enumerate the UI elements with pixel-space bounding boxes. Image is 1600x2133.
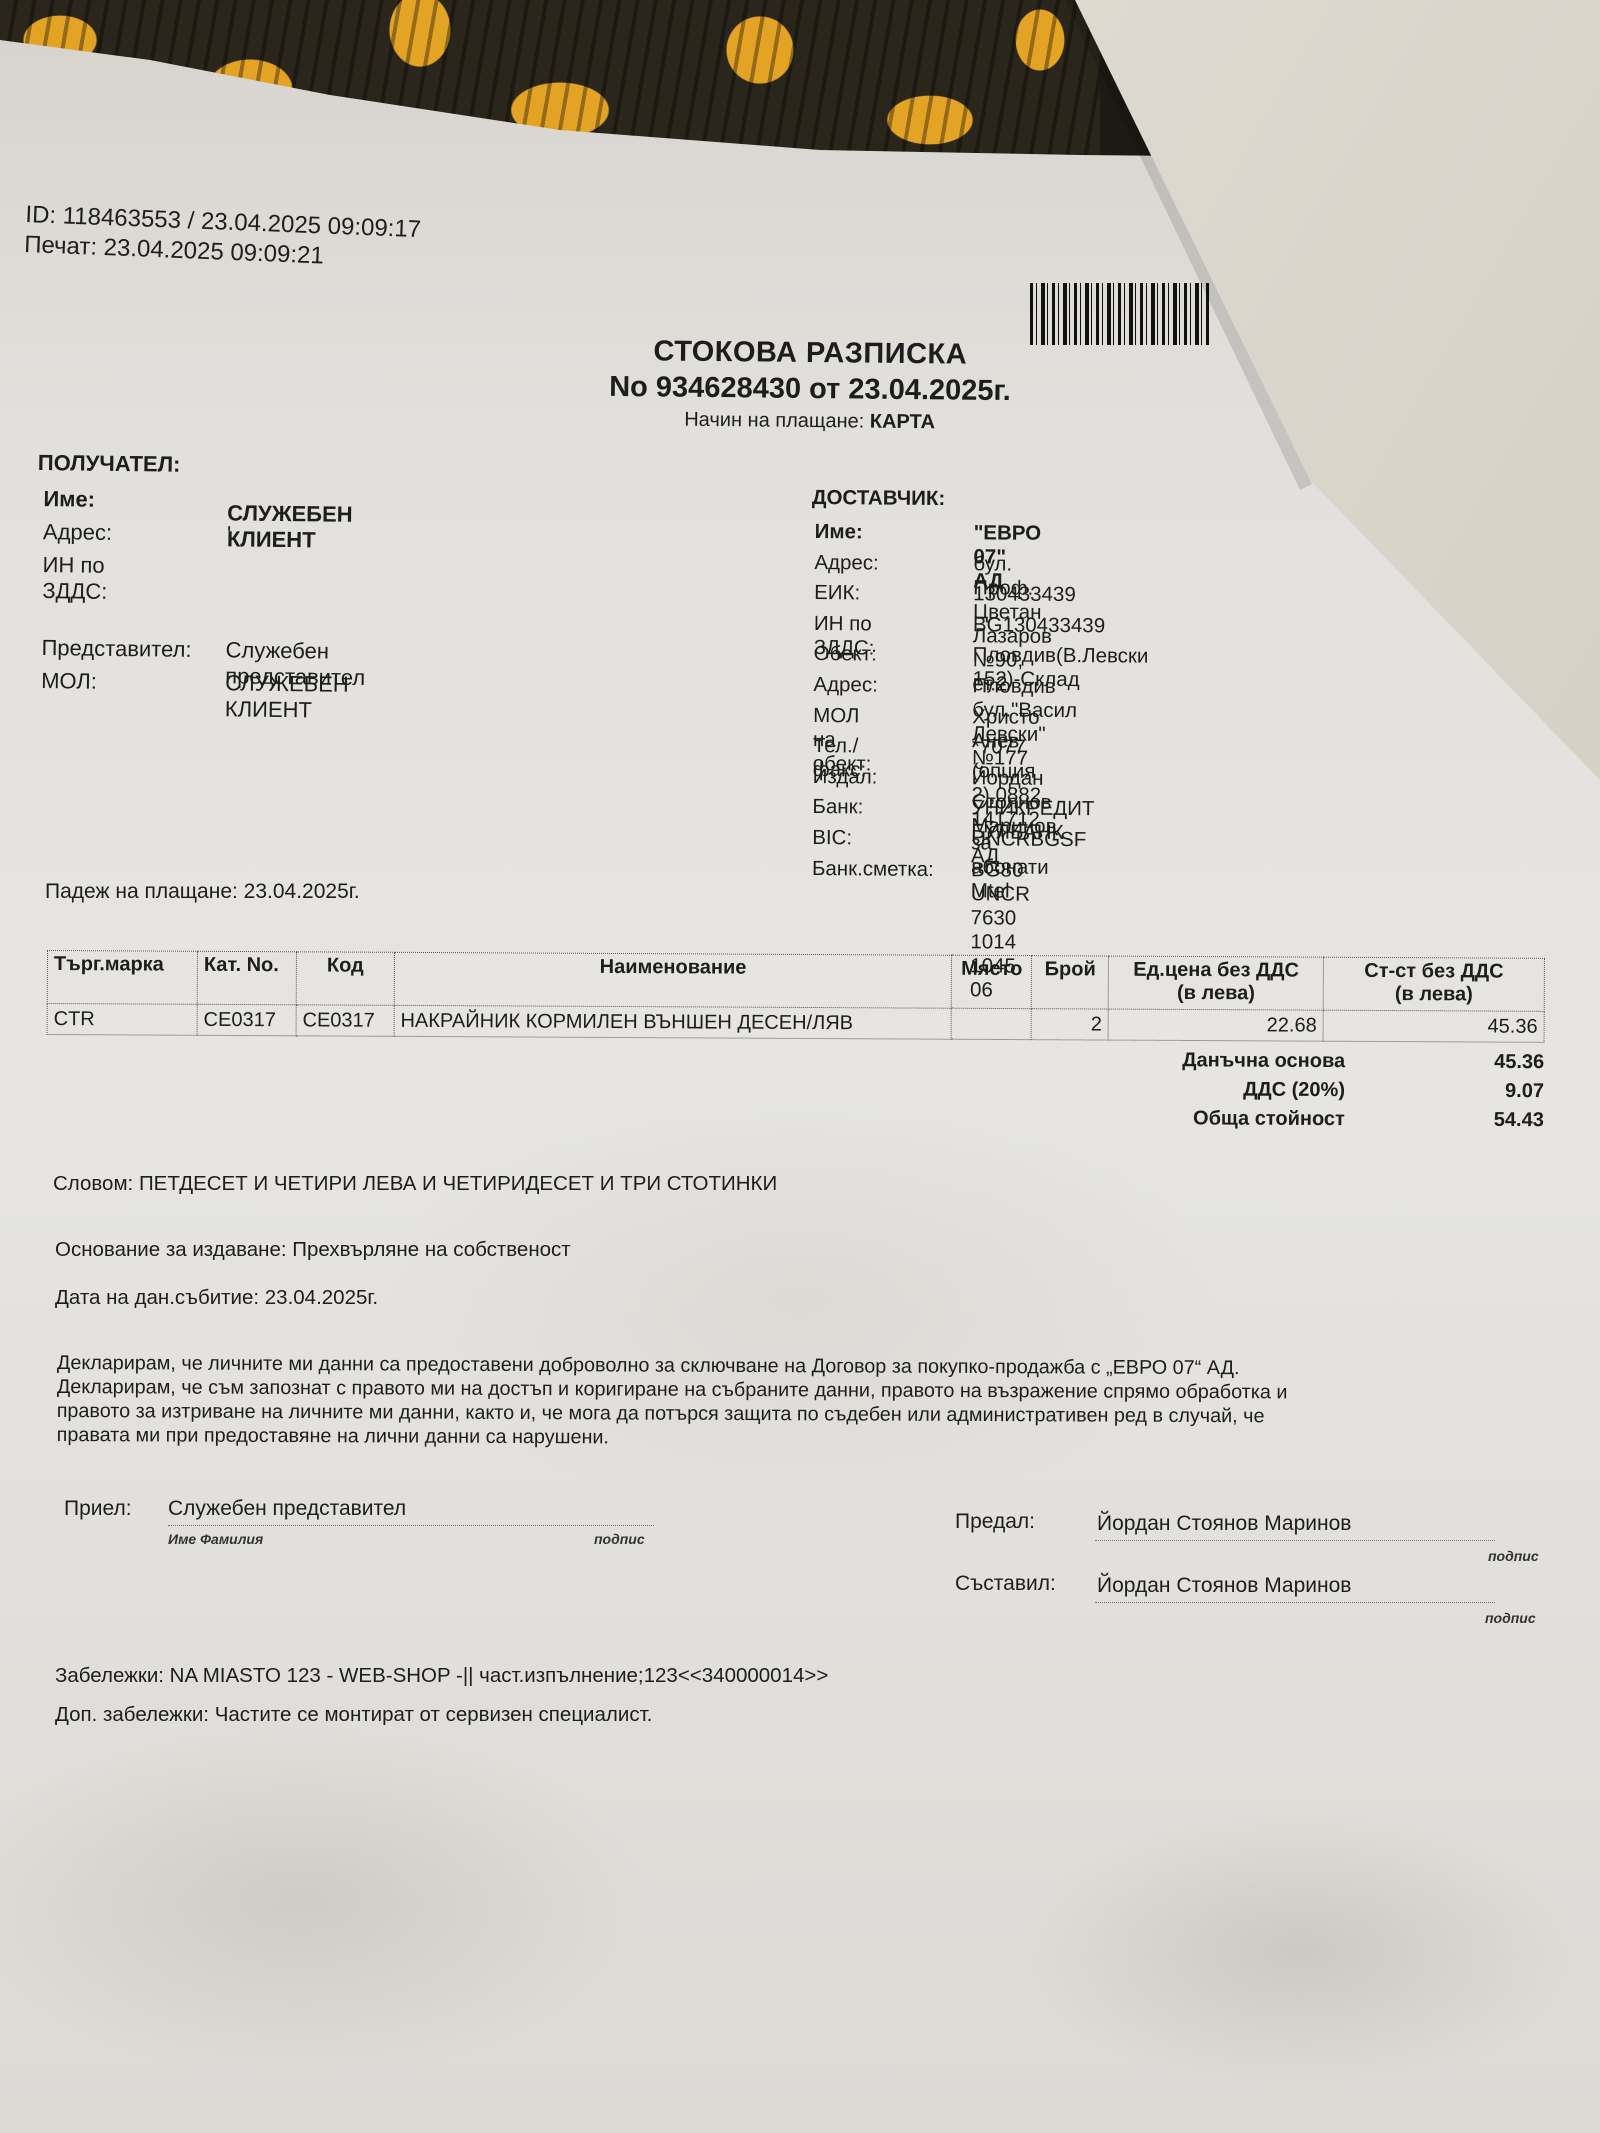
total-row: ДДС (20%)9.07 [1080,1078,1550,1109]
total-value: 45.36 [1494,1051,1544,1074]
compiled-by-label: Съставил: [955,1572,1056,1596]
recipient-name: СЛУЖЕБЕН КЛИЕНТ [227,500,353,554]
received-by-label: Приел: [64,1497,132,1521]
received-by-name: Служебен представител [168,1497,406,1521]
handed-signature-line [1095,1540,1495,1541]
totals-section: Данъчна основа45.36ДДС (20%)9.07Обща сто… [1080,1049,1550,1138]
total-value: 9.07 [1505,1080,1544,1103]
tax-event-date: Дата на дан.събитие: 23.04.2025г. [55,1286,378,1310]
supplier-field-label: Име: [815,520,863,544]
signature-caption: подпис [594,1531,645,1547]
col-unit-price: Ед.цена без ДДС (в лева) [1109,956,1324,1010]
supplier-field-value: UNCRBGSF [971,827,1086,852]
amount-in-words: Словом: ПЕТДЕСЕТ И ЧЕТИРИ ЛЕВА И ЧЕТИРИД… [53,1172,777,1196]
col-qty: Брой [1032,956,1109,1009]
handed-by-name: Йордан Стоянов Маринов [1097,1512,1351,1536]
payment-method-value: КАРТА [870,411,935,434]
compiled-by-block: Съставил: Йордан Стоянов Маринов подпис [955,1572,1545,1632]
payment-due-date: Падеж на плащане: 23.04.2025г. [45,880,360,904]
supplier-field-label: BIC: [812,826,852,850]
cell-unit-price: 22.68 [1108,1009,1323,1041]
signature-caption: подпис [1485,1610,1536,1626]
recipient-address: ' [227,521,232,547]
received-by-block: Приел: Служебен представител Име Фамилия… [64,1497,664,1557]
extra-notes: Доп. забележки: Частите се монтират от с… [55,1703,652,1727]
supplier-field-label: ЕИК: [814,581,860,605]
barcode [1030,283,1210,345]
data-declaration: Декларирам, че личните ми данни са предо… [57,1351,1288,1452]
payment-method: Начин на плащане: КАРТА [559,404,1059,437]
col-name: Наименование [394,952,952,1008]
col-amount: Ст-ст без ДДС (в лева) [1323,957,1544,1011]
supplier-field-label: Адрес: [813,673,878,698]
document-number: No 934628430 от 23.04.2025г. [560,368,1060,409]
items-table-header: Търг.марка Кат. No. Код Наименование Мяс… [47,951,1544,1012]
recipient-mol: СЛУЖЕБЕН КЛИЕНТ [225,670,349,724]
total-label: ДДС (20%) [1243,1079,1345,1103]
cell-name: НАКРАЙНИК КОРМИЛЕН ВЪНШЕН ДЕСЕН/ЛЯВ [394,1005,952,1039]
supplier-field-label: Обект: [814,642,877,666]
total-row: Обща стойност54.43 [1080,1107,1550,1138]
total-value: 54.43 [1494,1109,1544,1132]
col-cat-no: Кат. No. [197,951,296,1005]
notes: Забележки: NA MIASTO 123 - WEB-SHOP -|| … [55,1664,828,1688]
cell-amount: 45.36 [1323,1010,1544,1042]
table-row: CTRCE0317CE0317НАКРАЙНИК КОРМИЛЕН ВЪНШЕН… [47,1004,1544,1043]
supplier-field-label: Банк.сметка: [812,857,934,882]
col-code: Код [296,952,394,1006]
signature-caption: подпис [1488,1548,1539,1564]
supplier-field-value: 130433439 [973,582,1076,607]
supplier-field-label: Издал: [813,765,878,790]
payment-method-label: Начин на плащане: [684,409,864,433]
cell-qty: 2 [1031,1009,1108,1040]
recipient-section: ПОЛУЧАТЕЛ: Име: СЛУЖЕБЕН КЛИЕНТ Адрес: '… [35,450,38,701]
total-row: Данъчна основа45.36 [1080,1049,1550,1080]
total-label: Данъчна основа [1182,1049,1345,1073]
supplier-section: ДОСТАВЧИК: Име:"ЕВРО 07" АДАдрес:бул. Пр… [809,486,812,887]
issue-basis: Основание за издаване: Прехвърляне на со… [55,1238,571,1262]
document-meta: ID: 118463553 / 23.04.2025 09:09:17 Печа… [24,200,422,275]
name-caption: Име Фамилия [168,1531,263,1547]
compiled-by-name: Йордан Стоянов Маринов [1097,1574,1351,1598]
col-brand: Търг.марка [47,951,197,1005]
document-header: СТОКОВА РАЗПИСКА No 934628430 от 23.04.2… [559,332,1060,437]
supplier-field-label: Адрес: [814,551,879,576]
cell-brand: CTR [47,1004,197,1036]
total-label: Обща стойност [1193,1107,1345,1131]
received-signature-line [168,1525,654,1526]
handed-by-label: Предал: [955,1510,1035,1534]
cell-code: CE0317 [296,1005,394,1037]
items-table: Търг.марка Кат. No. Код Наименование Мяс… [47,950,1545,1043]
document-title: СТОКОВА РАЗПИСКА [560,332,1060,373]
cell-cat-no: CE0317 [197,1004,296,1036]
col-place: Място [952,955,1032,1008]
compiled-signature-line [1095,1602,1495,1603]
supplier-field-value: BG130433439 [973,613,1105,638]
handed-by-block: Предал: Йордан Стоянов Маринов подпис [955,1510,1545,1570]
supplier-field-label: Банк: [812,795,863,819]
cell-place [951,1008,1031,1039]
